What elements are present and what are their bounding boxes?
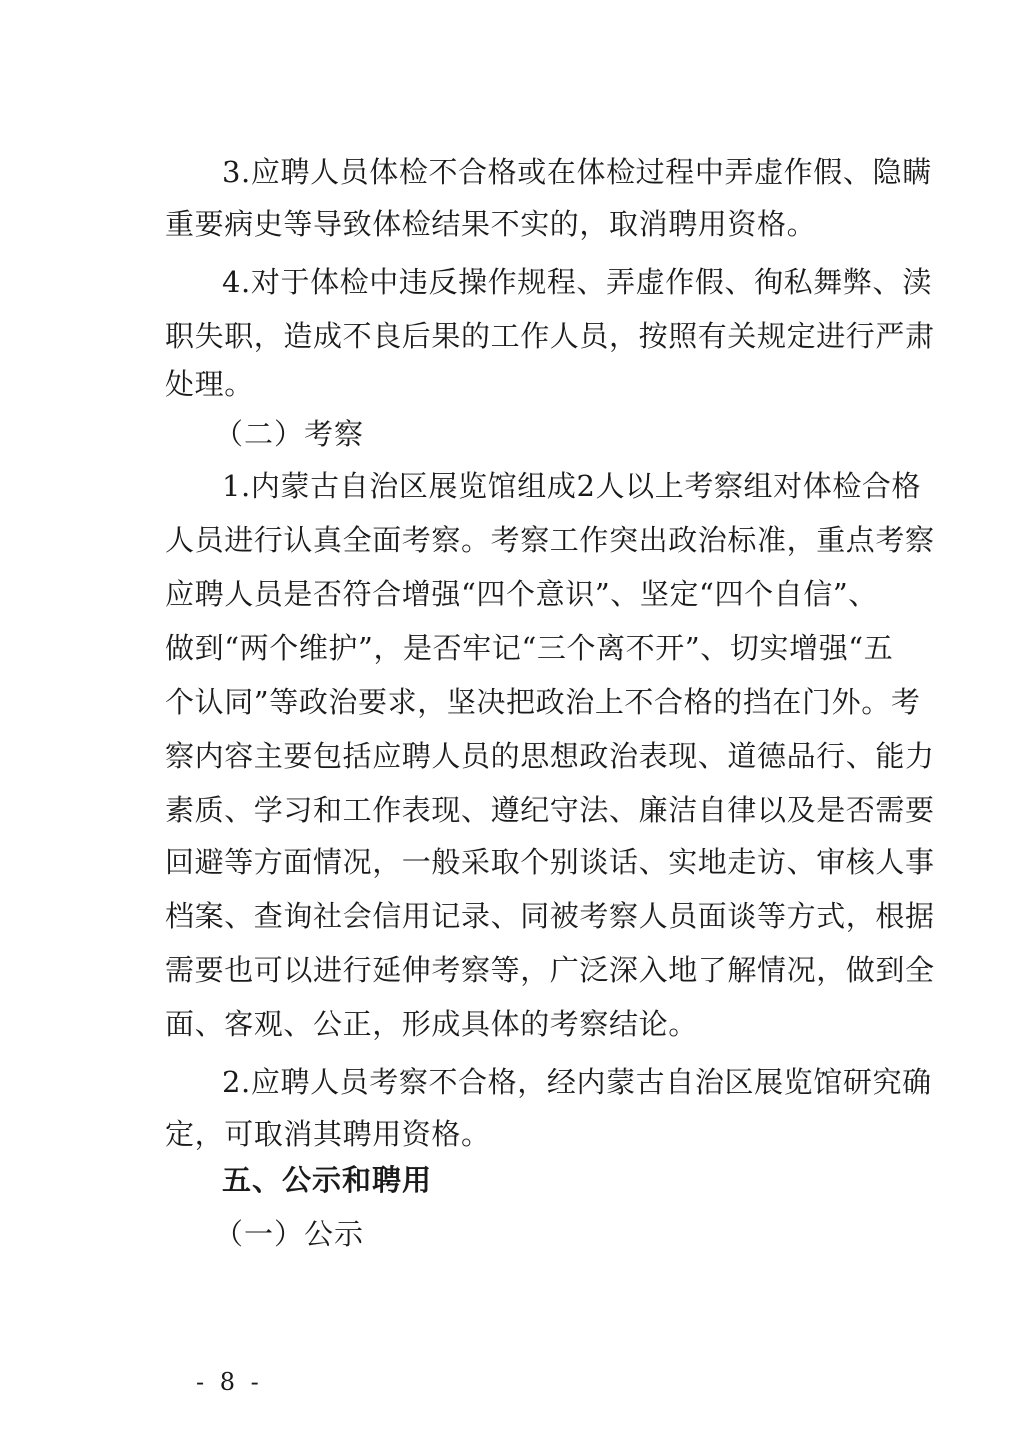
inspection-1-line-1: 1.内蒙古自治区展览馆组成2人以上考察组对体检合格 <box>222 466 870 506</box>
paragraph-3-line-2: 重要病史等导致体检结果不实的，取消聘用资格。 <box>165 204 870 244</box>
paragraph-4-line-3: 处理。 <box>165 364 870 404</box>
inspection-1-line-8: 回避等方面情况，一般采取个别谈话、实地走访、审核人事 <box>165 842 870 882</box>
paragraph-4-line-1: 4.对于体检中违反操作规程、弄虚作假、徇私舞弊、渎 <box>222 262 870 302</box>
inspection-1-line-3: 应聘人员是否符合增强“四个意识”、坚定“四个自信”、 <box>165 574 870 614</box>
inspection-1-line-5: 个认同”等政治要求，坚决把政治上不合格的挡在门外。考 <box>165 682 870 722</box>
inspection-2-line-1: 2.应聘人员考察不合格，经内蒙古自治区展览馆研究确 <box>222 1062 870 1102</box>
section-heading-publicity-and-employment: 五、公示和聘用 <box>222 1160 432 1200</box>
paragraph-4-line-2: 职失职，造成不良后果的工作人员，按照有关规定进行严肃 <box>165 316 870 356</box>
inspection-1-line-6: 察内容主要包括应聘人员的思想政治表现、道德品行、能力 <box>165 736 870 776</box>
inspection-1-line-2: 人员进行认真全面考察。考察工作突出政治标准，重点考察 <box>165 520 870 560</box>
section-heading-inspection: （二）考察 <box>214 414 364 454</box>
inspection-1-line-9: 档案、查询社会信用记录、同被考察人员面谈等方式，根据 <box>165 896 870 936</box>
document-page: 3.应聘人员体检不合格或在体检过程中弄虚作假、隐瞒 重要病史等导致体检结果不实的… <box>0 0 1024 1447</box>
inspection-1-line-7: 素质、学习和工作表现、遵纪守法、廉洁自律以及是否需要 <box>165 790 870 830</box>
inspection-1-line-11: 面、客观、公正，形成具体的考察结论。 <box>165 1004 870 1044</box>
inspection-2-line-2: 定，可取消其聘用资格。 <box>165 1114 870 1154</box>
inspection-1-line-4: 做到“两个维护”，是否牢记“三个离不开”、切实增强“五 <box>165 628 870 668</box>
inspection-1-line-10: 需要也可以进行延伸考察等，广泛深入地了解情况，做到全 <box>165 950 870 990</box>
subsection-heading-publicity: （一）公示 <box>214 1214 364 1254</box>
page-number: - 8 - <box>196 1367 263 1397</box>
paragraph-3-line-1: 3.应聘人员体检不合格或在体检过程中弄虚作假、隐瞒 <box>222 152 870 192</box>
